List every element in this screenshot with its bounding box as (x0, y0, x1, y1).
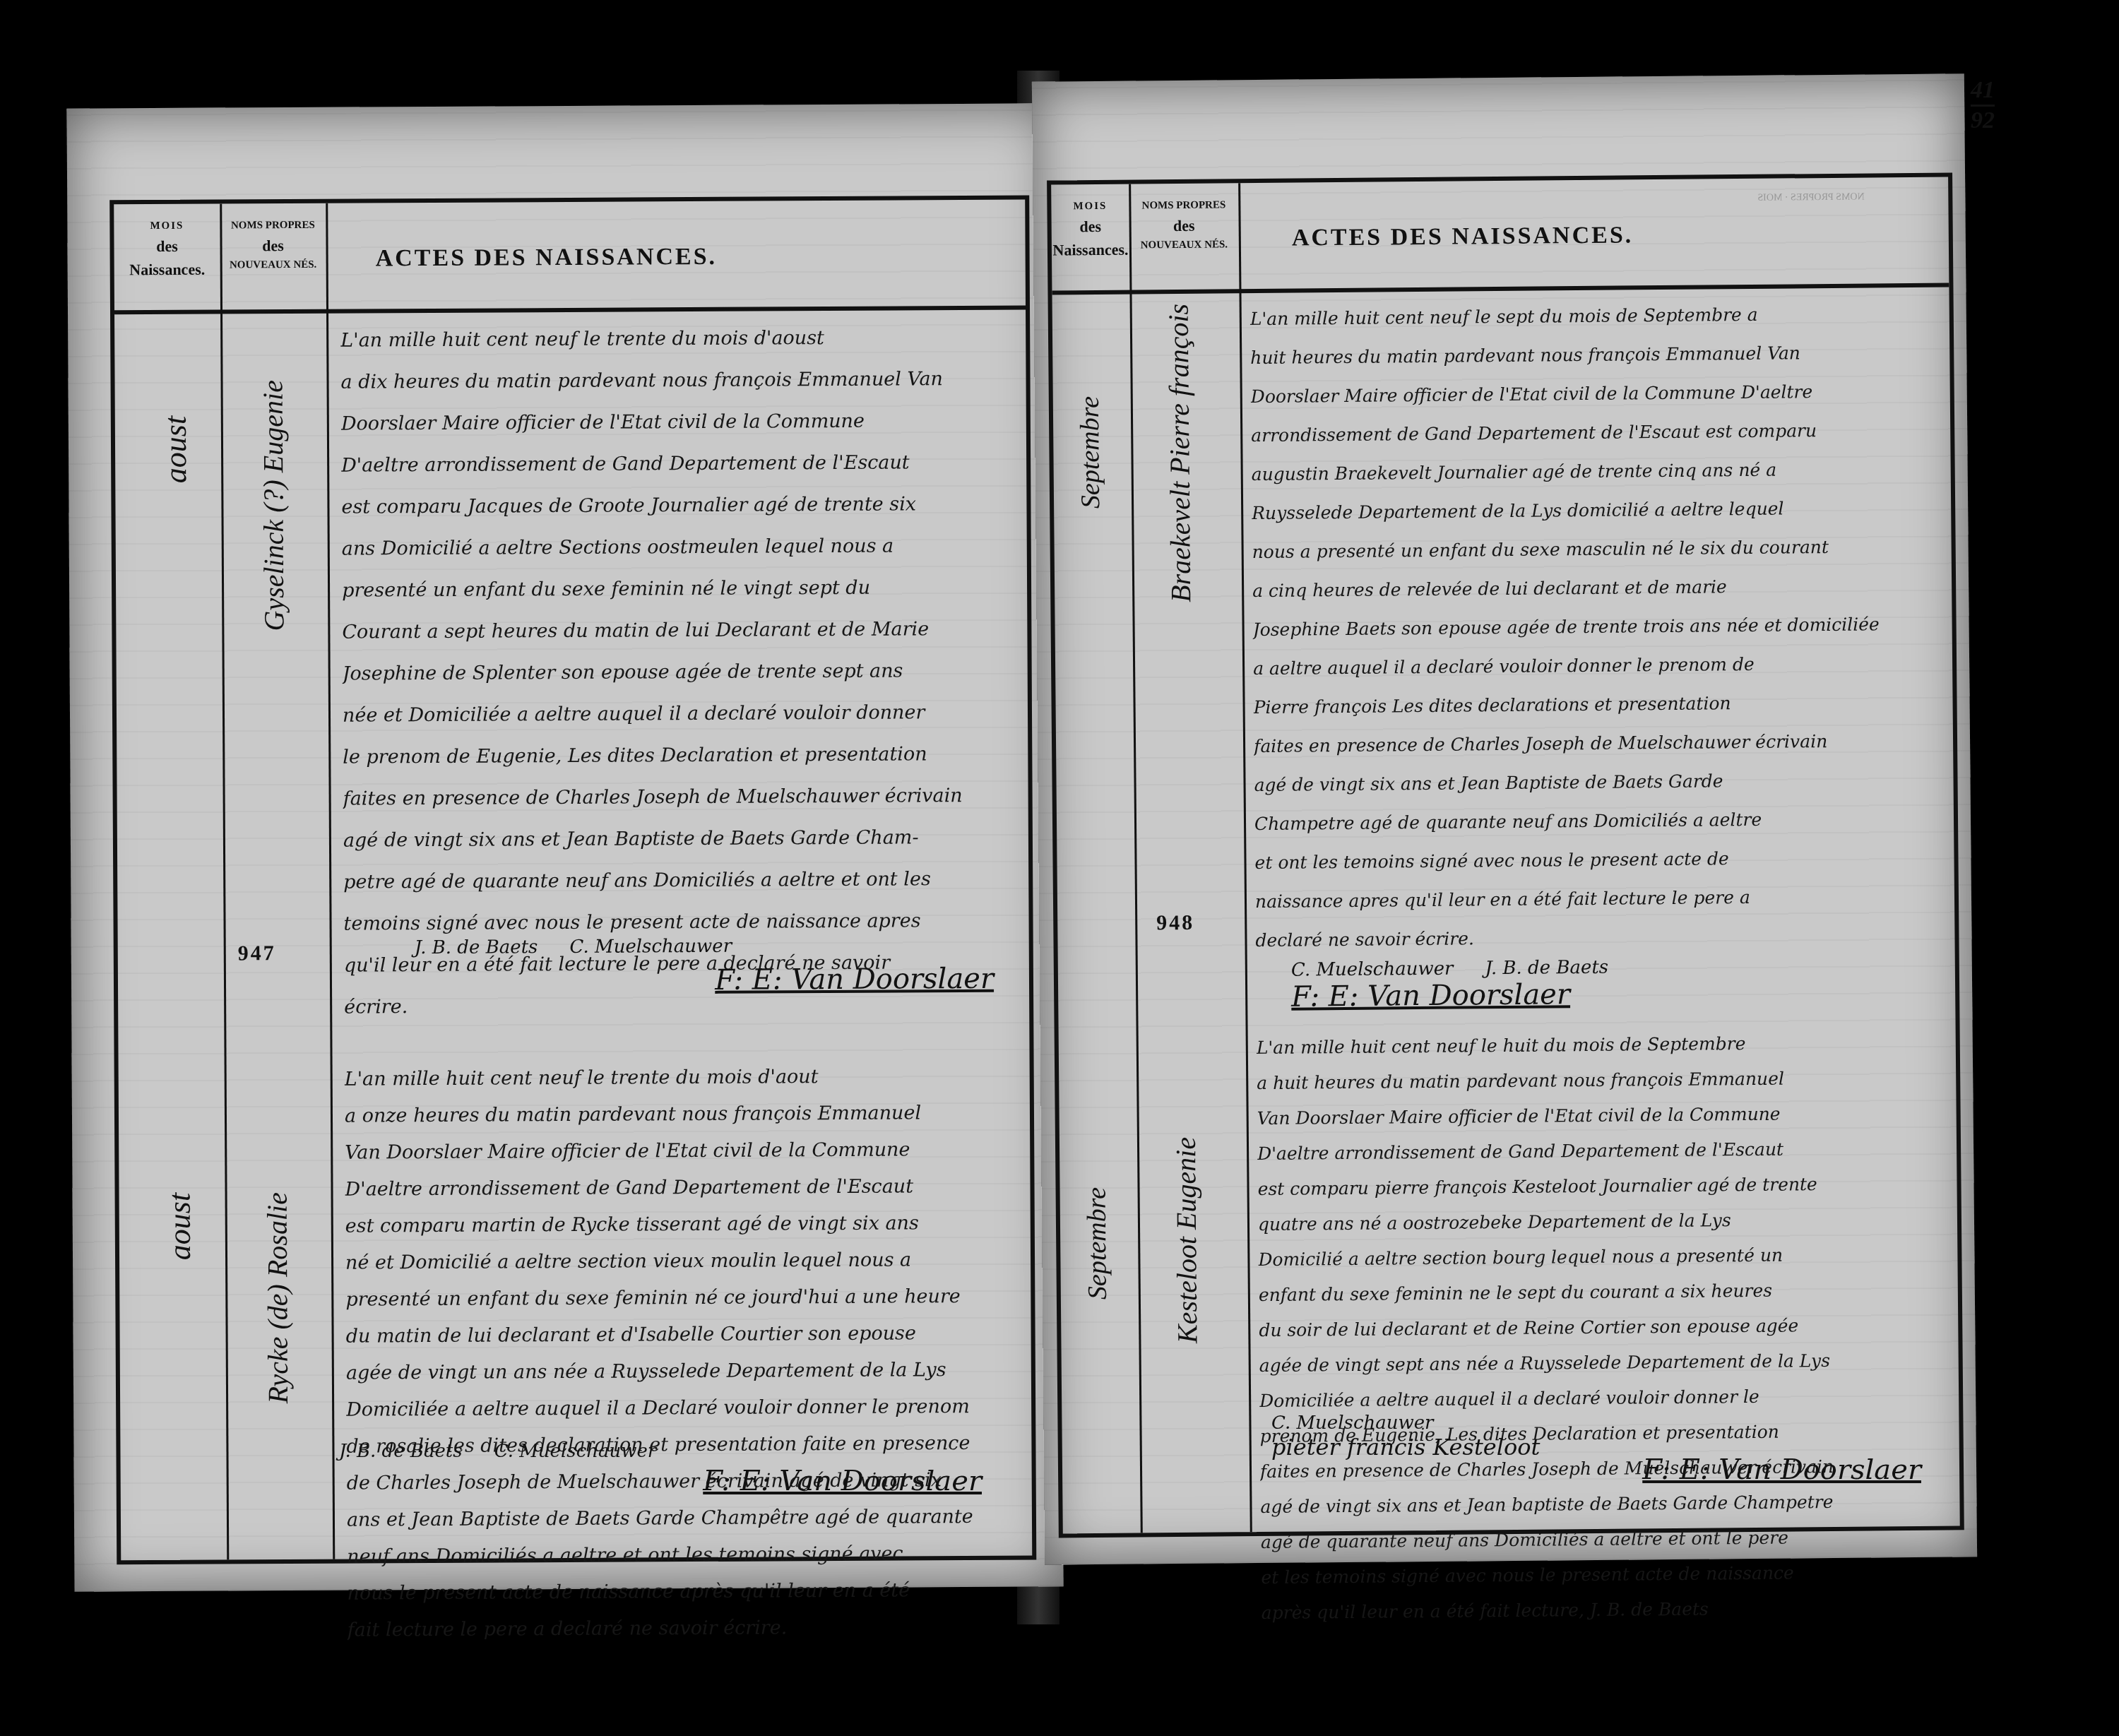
header-row-left: MOIS des Naissances. NOMS PROPRES des NO… (114, 200, 1026, 315)
register-frame-left: MOIS des Naissances. NOMS PROPRES des NO… (109, 196, 1036, 1565)
column-divider (326, 203, 335, 1559)
left-page: MOIS des Naissances. NOMS PROPRES des NO… (67, 103, 1064, 1591)
column-divider (220, 204, 229, 1560)
header-row-right: MOIS des Naissances. NOMS PROPRES des NO… (1051, 177, 1949, 295)
entry-month: Septembre (1074, 396, 1106, 509)
entry-child-name: Gyselinck (?) Eugenie (256, 380, 291, 631)
header-month-column: MOIS des Naissances. (1051, 198, 1129, 261)
signatures: C. Muelschauwer J. B. de Baets F: E: Van… (1291, 954, 1928, 1013)
signature: C. Muelschauwer (569, 936, 732, 958)
right-page: MOIS des Naissances. NOMS PROPRES des NO… (1032, 73, 1977, 1564)
entry-child-name: Kesteloot Eugenie (1169, 1137, 1204, 1344)
header-month-column: MOIS des Naissances. (114, 218, 220, 281)
birth-act-text: L'an mille huit cent neuf le huit du moi… (1257, 1025, 1940, 1631)
signature: J. B. de Baets (1485, 957, 1608, 980)
act-number: 947 (238, 941, 276, 965)
act-number: 948 (1156, 911, 1194, 935)
entry-month: aoust (158, 416, 194, 484)
folio-number: 41 92 (1971, 78, 1995, 133)
signatures: J. B. de Baets C. Muelschauwer F: E: Van… (415, 934, 1022, 999)
mayor-signature: F: E: Van Doorslaer (1291, 978, 1570, 1013)
signature: C. Muelschauwer (1271, 1413, 1434, 1434)
page-title: ACTES DES NAISSANCES. (1292, 222, 1634, 251)
mayor-signature: F: E: Van Doorslaer (1642, 1453, 1921, 1486)
entry-child-name: Rycke (de) Rosalie (261, 1192, 295, 1403)
birth-act-text: L'an mille huit cent neuf le trente du m… (340, 316, 1015, 1028)
entry-child-name: Braekevelt Pierre françois (1162, 304, 1198, 602)
header-names-column: NOMS PROPRES des NOUVEAUX NÉS. (220, 218, 326, 273)
signature: C. Muelschauwer (494, 1441, 657, 1462)
bleed-through-text: NOMS PROPRES · MOIS (1757, 192, 1864, 204)
signatures-kesteloot: C. Muelschauwer pieter francis Kesteloot… (1271, 1413, 1949, 1486)
father-signature: pieter francis Kesteloot (1271, 1434, 1540, 1461)
register-frame-right: MOIS des Naissances. NOMS PROPRES des NO… (1047, 172, 1964, 1538)
signature: J. B. de Baets (415, 937, 538, 958)
signatures-rosalie: J. B. de Baets C. Muelschauwer F: E: Van… (339, 1441, 1010, 1497)
column-divider (1129, 184, 1143, 1533)
header-names-column: NOMS PROPRES des NOUVEAUX NÉS. (1129, 197, 1239, 253)
page-title: ACTES DES NAISSANCES. (376, 244, 718, 273)
entry-month: Septembre (1081, 1187, 1113, 1300)
mayor-signature: F: E: Van Doorslaer (703, 1465, 982, 1497)
birth-act-text: L'an mille huit cent neuf le sept du moi… (1250, 294, 1934, 960)
birth-act-text: L'an mille huit cent neuf le trente du m… (345, 1058, 1019, 1649)
entry-month: aoust (162, 1193, 198, 1261)
signatures (355, 1651, 1026, 1655)
signature: J. B. de Baets (339, 1441, 463, 1462)
signature: C. Muelschauwer (1291, 958, 1454, 981)
mayor-signature: F: E: Van Doorslaer (715, 963, 994, 997)
